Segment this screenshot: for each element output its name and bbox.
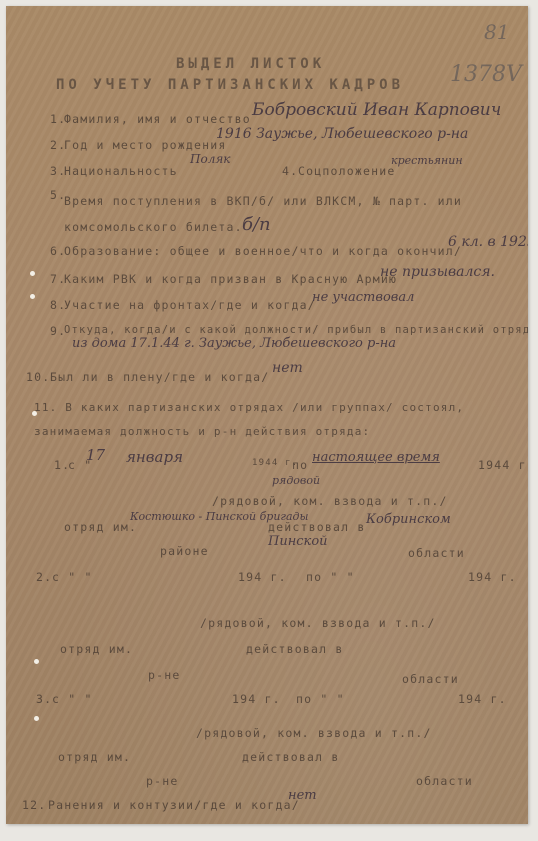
field-2-value: 1916 Заужье, Любешевского р-на	[216, 126, 468, 142]
entry-1-unit-label: отряд им.	[64, 520, 137, 534]
field-12-number: 12.	[22, 798, 46, 812]
entry-1-to-year: 1944 г.	[478, 458, 528, 472]
section-11-label: 11. В каких партизанских отрядах /или гр…	[34, 396, 514, 444]
punch-hole	[30, 271, 35, 276]
field-8-value: не участвовал	[312, 290, 414, 305]
entry-3-from-year: 194 г.	[232, 692, 281, 706]
entry-1-district-label: районе	[160, 544, 209, 558]
field-9-label: Откуда, когда/и с какой должности/ прибы…	[64, 324, 528, 336]
entry-2-number: 2.	[36, 570, 52, 584]
field-10-number: 10.	[26, 370, 50, 384]
entry-1-acted-value: Кобринском	[366, 512, 451, 527]
field-4-number: 4.	[282, 164, 298, 178]
entry-2-district-label: р-не	[148, 668, 181, 682]
document-title: ВЫДЕЛ ЛИСТОК	[176, 56, 325, 72]
archive-number-mark: 1378V	[450, 62, 522, 87]
document-page: 81 1378V ВЫДЕЛ ЛИСТОК ПО УЧЕТУ ПАРТИЗАНС…	[6, 6, 528, 824]
entry-1-acted-label: действовал в	[268, 520, 365, 534]
punch-hole	[34, 659, 39, 664]
punch-hole	[34, 716, 39, 721]
entry-1-region-label: области	[408, 546, 465, 560]
entry-1-position-value: рядовой	[272, 474, 320, 487]
entry-2-unit-label: отряд им.	[60, 642, 133, 656]
field-7-value: не призывался.	[380, 264, 495, 280]
entry-3-to-prefix: по " "	[296, 692, 345, 706]
entry-2-region-label: области	[402, 672, 459, 686]
field-1-label: Фамилия, имя и отчество	[64, 112, 251, 126]
field-5-value: б/п	[242, 214, 271, 235]
entry-2-from-prefix: с " "	[52, 570, 93, 584]
field-8-label: Участие на фронтах/где и когда/	[64, 298, 316, 312]
field-10-value: нет	[272, 360, 303, 376]
field-6-label: Образование: общее и военное/что и когда…	[64, 244, 462, 258]
entry-2-to-year: 194 г.	[468, 570, 517, 584]
entry-3-from-prefix: с " "	[52, 692, 93, 706]
field-9-value: из дома 17.1.44 г. Заужье, Любешевского …	[72, 336, 396, 351]
field-3-label: Национальность	[64, 164, 178, 178]
field-12-label: Ранения и контузии/где и когда/	[48, 798, 300, 812]
entry-2-to-prefix: по " "	[306, 570, 355, 584]
field-5-label: Время поступления в ВКП/б/ или ВЛКСМ, № …	[64, 188, 504, 240]
entry-2-position-hint: /рядовой, ком. взвода и т.п./	[200, 616, 436, 630]
field-4-value: крестьянин	[391, 154, 463, 167]
entry-1-position-hint: /рядовой, ком. взвода и т.п./	[212, 494, 448, 508]
field-12-value: нет	[288, 788, 317, 803]
entry-2-acted-label: действовал в	[246, 642, 343, 656]
field-4-label: Соцположение	[298, 164, 395, 178]
entry-2-from-year: 194 г.	[238, 570, 287, 584]
field-3-value: Поляк	[190, 152, 230, 166]
archive-folio-mark: 81	[484, 20, 509, 44]
entry-1-from-month: января	[126, 448, 183, 466]
entry-1-district-value: Пинской	[268, 534, 328, 549]
entry-1-to-value: настоящее время	[312, 450, 440, 465]
entry-3-district-label: р-не	[146, 774, 179, 788]
field-2-label: Год и место рождения	[64, 138, 226, 152]
field-7-label: Каким РВК и когда призван в Красную Арми…	[64, 272, 397, 286]
field-6-value: 6 кл. в 1929 г.	[448, 234, 528, 250]
entry-1-to-prefix: по	[292, 458, 308, 472]
field-10-label: Был ли в плену/где и когда/	[50, 370, 269, 384]
entry-3-position-hint: /рядовой, ком. взвода и т.п./	[196, 726, 432, 740]
punch-hole	[30, 294, 35, 299]
entry-3-unit-label: отряд им.	[58, 750, 131, 764]
document-subtitle: ПО УЧЕТУ ПАРТИЗАНСКИХ КАДРОВ	[56, 77, 404, 93]
field-1-value: Бобровский Иван Карпович	[252, 100, 501, 120]
entry-3-acted-label: действовал в	[242, 750, 339, 764]
entry-3-region-label: области	[416, 774, 473, 788]
entry-1-from-day: 17	[86, 446, 105, 464]
entry-3-number: 3.	[36, 692, 52, 706]
entry-3-to-year: 194 г.	[458, 692, 507, 706]
